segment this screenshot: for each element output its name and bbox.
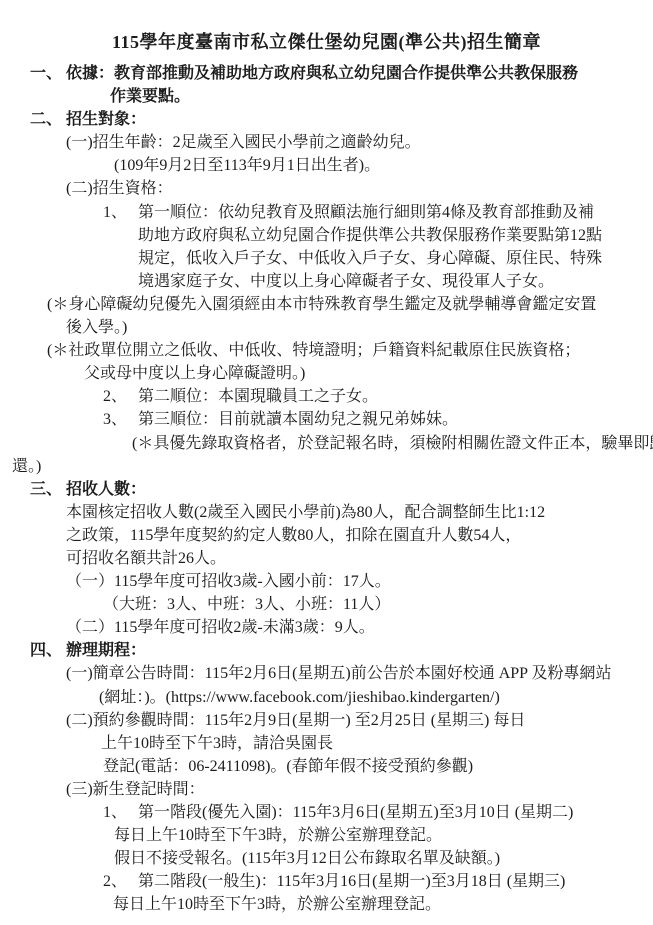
doc-note-line: 後入學。) [0, 316, 653, 339]
doc-line: 1、第一階段(優先入園)：115年3月6日(星期五)至3月10日 (星期二) [0, 801, 653, 824]
doc-line: 規定，低收入戶子女、中低收入戶子女、身心障礙、原住民、特殊 [0, 247, 653, 270]
list-marker: 3、 [103, 408, 127, 431]
doc-line: 每日上午10時至下午3時，於辦公室辦理登記。 [0, 824, 653, 847]
line-text: 還。) [12, 458, 41, 475]
doc-note-line: 還。) [0, 455, 653, 478]
doc-line: 境遇家庭子女、中度以上身心障礙者子女、現役軍人子女。 [0, 270, 653, 293]
line-text: (一)簡章公告時間：115年2月6日(星期五)前公告於本園好校通 APP 及粉專… [66, 665, 611, 682]
doc-line: 2、第二階段(一般生)：115年3月16日(星期一)至3月18日 (星期三) [0, 870, 653, 893]
list-marker: 2、 [103, 385, 127, 408]
line-text: 上午10時至下午3時，請洽吳園長 [101, 735, 333, 752]
line-text: （大班：3人、中班：3人、小班：11人） [103, 596, 390, 613]
doc-line: 2、第二順位：本園現職員工之子女。 [0, 385, 653, 408]
line-text: (＊具優先錄取資格者，於登記報名時，須檢附相關佐證文件正本，驗畢即歸 [132, 435, 653, 452]
list-marker: 四、 [30, 639, 62, 662]
line-text: 每日上午10時至下午3時，於辦公室辦理登記。 [113, 896, 441, 913]
doc-line: 假日不接受報名。(115年3月12日公布錄取名單及缺額。) [0, 847, 653, 870]
line-text: 後入學。) [66, 319, 127, 336]
line-text: 規定，低收入戶子女、中低收入戶子女、身心障礙、原住民、特殊 [138, 250, 602, 267]
doc-note-line: (＊身心障礙幼兒優先入園須經由本市特殊教育學生鑑定及就學輔導會鑑定安置 [0, 293, 653, 316]
list-marker: 一、 [30, 62, 62, 85]
line-text: 助地方政府與私立幼兒園合作提供準公共教保服務作業要點第12點 [138, 227, 602, 244]
doc-line: (一)簡章公告時間：115年2月6日(星期五)前公告於本園好校通 APP 及粉專… [0, 662, 653, 685]
line-text: (二)招生資格： [66, 180, 173, 197]
line-text: (109年9月2日至113年9月1日出生者)。 [114, 157, 380, 174]
line-text: 第二階段(一般生)：115年3月16日(星期一)至3月18日 (星期三) [138, 873, 565, 890]
line-text: 招生對象： [66, 111, 146, 128]
doc-line: 3、第三順位：目前就讀本園幼兒之親兄弟姊妹。 [0, 408, 653, 431]
line-text: 之政策，115學年度契約約定人數80人，扣除在園直升人數54人， [66, 527, 521, 544]
document-page: 115學年度臺南市私立傑仕堡幼兒園(準公共)招生簡章 一、依據：教育部推動及補助… [0, 0, 653, 925]
list-marker: 三、 [30, 478, 62, 501]
doc-line: 作業要點。 [0, 85, 653, 108]
doc-line: (三)新生登記時間： [0, 778, 653, 801]
doc-line: （一）115學年度可招收3歲-入國小前：17人。 [0, 570, 653, 593]
list-marker: 1、 [103, 801, 127, 824]
line-text: 第一順位：依幼兒教育及照顧法施行細則第4條及教育部推動及補 [138, 204, 594, 221]
line-text: 假日不接受報名。(115年3月12日公布錄取名單及缺額。) [114, 850, 500, 867]
line-text: 辦理期程： [66, 642, 146, 659]
doc-line: 本園核定招收人數(2歲至入國民小學前)為80人，配合調整師生比1:12 [0, 501, 653, 524]
line-text: 本園核定招收人數(2歲至入國民小學前)為80人，配合調整師生比1:12 [66, 504, 545, 521]
line-text: 境遇家庭子女、中度以上身心障礙者子女、現役軍人子女。 [138, 273, 554, 290]
doc-line: 1、第一順位：依幼兒教育及照顧法施行細則第4條及教育部推動及補 [0, 201, 653, 224]
doc-line: 可招收名額共計26人。 [0, 547, 653, 570]
doc-note-line: 父或母中度以上身心障礙證明。) [0, 362, 653, 385]
doc-line-url: (網址：)。(https://www.facebook.com/jieshiba… [0, 686, 653, 709]
line-text: 作業要點。 [110, 88, 190, 105]
line-text: 第一階段(優先入園)：115年3月6日(星期五)至3月10日 (星期二) [138, 804, 573, 821]
doc-line: (109年9月2日至113年9月1日出生者)。 [0, 154, 653, 177]
section-heading-basis: 一、依據：教育部推動及補助地方政府與私立幼兒園合作提供準公共教保服務 [0, 62, 653, 85]
doc-line: (二)招生資格： [0, 177, 653, 200]
page-title: 115學年度臺南市私立傑仕堡幼兒園(準公共)招生簡章 [0, 29, 653, 55]
doc-line: (一)招生年齡：2足歲至入國民小學前之適齡幼兒。 [0, 131, 653, 154]
line-text: (二)預約參觀時間：115年2月9日(星期一) 至2月25日 (星期三) 每日 [66, 712, 525, 729]
section-heading-quota: 三、招收人數： [0, 478, 653, 501]
line-text: (＊身心障礙幼兒優先入園須經由本市特殊教育學生鑑定及就學輔導會鑑定安置 [47, 296, 596, 313]
line-text: 登記(電話：06-2411098)。(春節年假不接受預約參觀) [103, 758, 473, 775]
line-text: （二）115學年度可招收2歲-未滿3歲：9人。 [66, 619, 375, 636]
doc-line: 登記(電話：06-2411098)。(春節年假不接受預約參觀) [0, 755, 653, 778]
doc-note-line: (＊具優先錄取資格者，於登記報名時，須檢附相關佐證文件正本，驗畢即歸 [0, 432, 653, 455]
line-text: (＊社政單位開立之低收、中低收、特境證明；戶籍資料紀載原住民族資格； [47, 342, 580, 359]
doc-note-line: (＊社政單位開立之低收、中低收、特境證明；戶籍資料紀載原住民族資格； [0, 339, 653, 362]
line-text: 依據：教育部推動及補助地方政府與私立幼兒園合作提供準公共教保服務 [66, 65, 578, 82]
doc-line: 之政策，115學年度契約約定人數80人，扣除在園直升人數54人， [0, 524, 653, 547]
line-text: 可招收名額共計26人。 [66, 550, 226, 567]
list-marker: 二、 [30, 108, 62, 131]
doc-line: （大班：3人、中班：3人、小班：11人） [0, 593, 653, 616]
line-text: 招收人數： [66, 481, 146, 498]
doc-line: 助地方政府與私立幼兒園合作提供準公共教保服務作業要點第12點 [0, 224, 653, 247]
list-marker: 2、 [103, 870, 127, 893]
line-text: (網址：)。(https://www.facebook.com/jieshiba… [99, 689, 500, 706]
doc-line: (二)預約參觀時間：115年2月9日(星期一) 至2月25日 (星期三) 每日 [0, 709, 653, 732]
line-text: 父或母中度以上身心障礙證明。) [84, 365, 305, 382]
line-text: 第二順位：本園現職員工之子女。 [138, 388, 378, 405]
list-marker: 1、 [103, 201, 127, 224]
section-heading-schedule: 四、辦理期程： [0, 639, 653, 662]
doc-line: （二）115學年度可招收2歲-未滿3歲：9人。 [0, 616, 653, 639]
line-text: 每日上午10時至下午3時，於辦公室辦理登記。 [114, 827, 442, 844]
line-text: (三)新生登記時間： [66, 781, 205, 798]
section-heading-target: 二、招生對象： [0, 108, 653, 131]
doc-line: 每日上午10時至下午3時，於辦公室辦理登記。 [0, 893, 653, 916]
line-text: (一)招生年齡：2足歲至入國民小學前之適齡幼兒。 [66, 134, 421, 151]
doc-line: 上午10時至下午3時，請洽吳園長 [0, 732, 653, 755]
line-text: （一）115學年度可招收3歲-入國小前：17人。 [66, 573, 391, 590]
line-text: 第三順位：目前就讀本園幼兒之親兄弟姊妹。 [138, 411, 458, 428]
